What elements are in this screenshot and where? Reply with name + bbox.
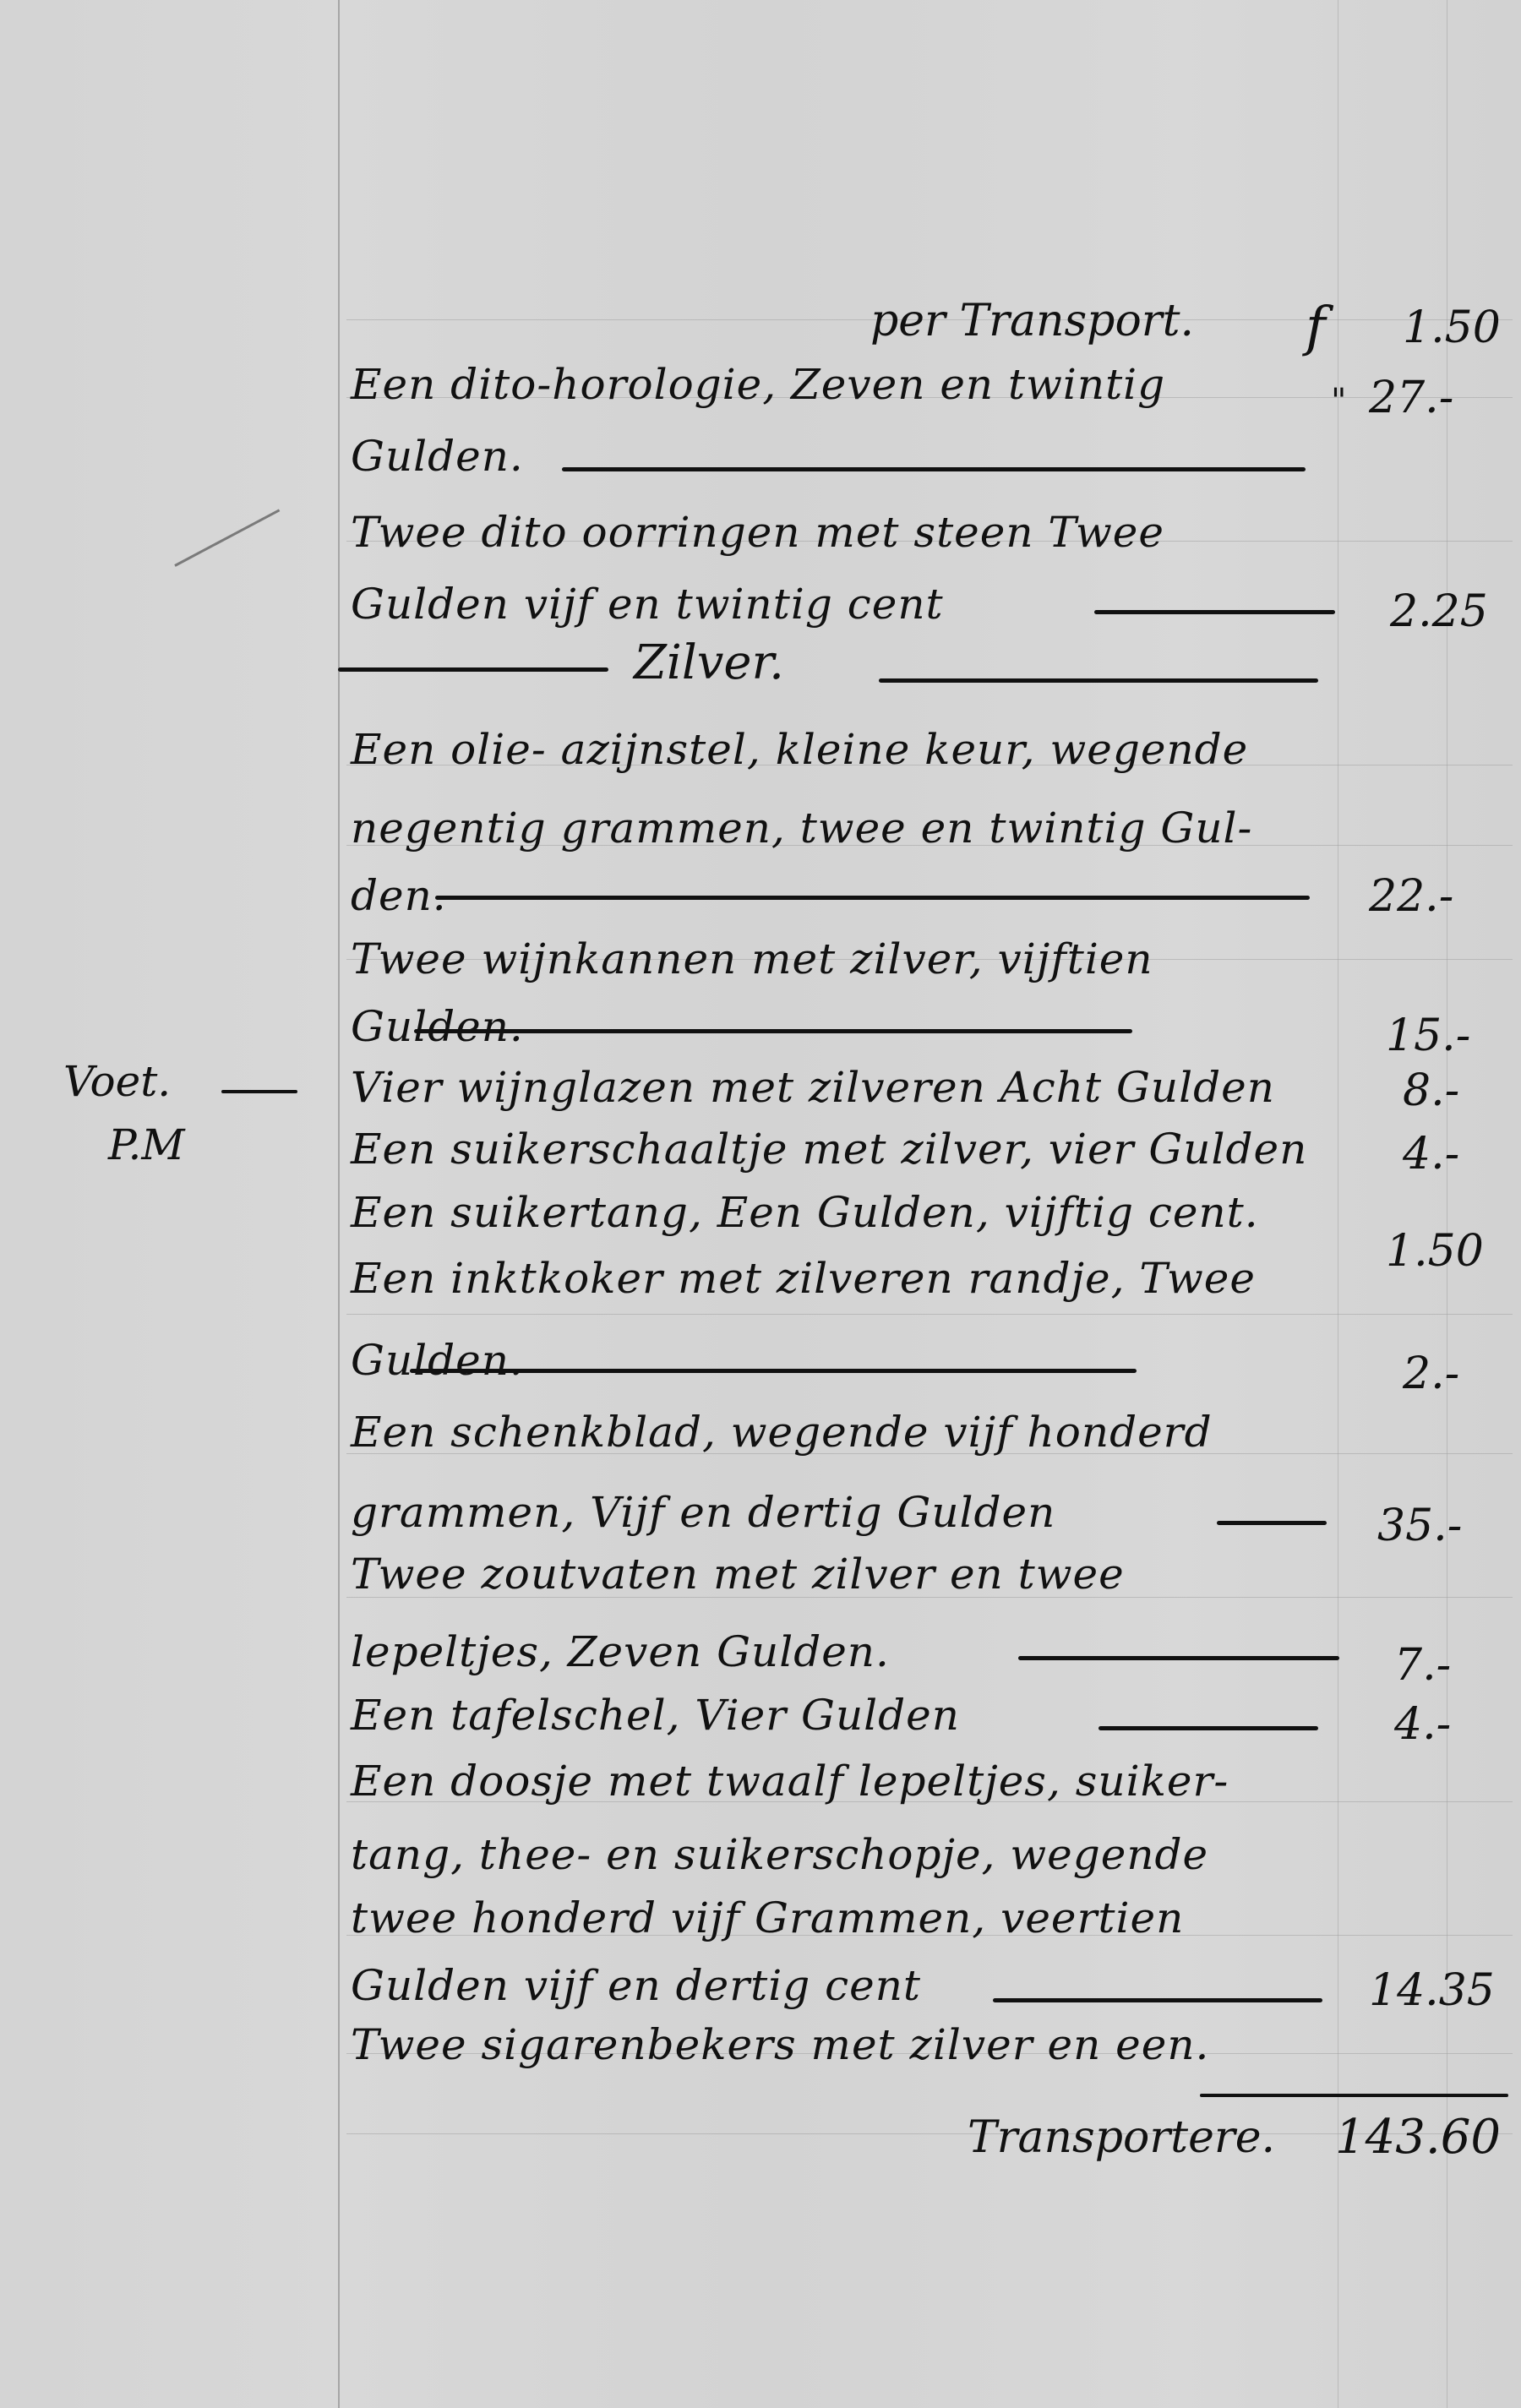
entry-amount: 22.- <box>1369 874 1453 918</box>
entry-line: Gulden. <box>351 1339 524 1381</box>
entry-amount: 4.- <box>1394 1702 1451 1746</box>
entry-amount: 15.- <box>1386 1014 1470 1058</box>
ditto-mark: " <box>1331 384 1346 418</box>
fill-line <box>435 896 1310 900</box>
entry-line: Een dito-horologie, Zeven en twintig <box>351 363 1165 406</box>
entry-line: grammen, Vijf en dertig Gulden <box>351 1491 1055 1534</box>
entry-line: Een olie- azijnstel, kleine keur, wegend… <box>351 728 1248 771</box>
pencil-mark <box>174 509 280 566</box>
entry-line: twee honderd vijf Grammen, veertien <box>351 1897 1184 1939</box>
entry-line: Twee dito oorringen met steen Twee <box>351 511 1164 553</box>
entry-line: Een schenkblad, wegende vijf honderd <box>351 1411 1213 1453</box>
entry-amount: 2.25 <box>1390 590 1488 634</box>
margin-note-pm: P.M <box>108 1124 185 1166</box>
entry-amount: 4.- <box>1403 1132 1459 1176</box>
cents-column-rule <box>1447 0 1447 2408</box>
entry-amount: 35.- <box>1377 1504 1462 1548</box>
margin-note-voet: Voet. <box>63 1060 171 1103</box>
entry-line: den. <box>351 874 447 917</box>
entry-line: Een doosje met twaalf lepeltjes, suiker- <box>351 1760 1229 1802</box>
section-heading-zilver: Zilver. <box>634 635 784 690</box>
fill-line <box>414 1029 1132 1033</box>
total-rule <box>1200 2094 1508 2097</box>
currency-symbol: f <box>1306 300 1326 354</box>
fill-line <box>1098 1726 1318 1730</box>
entry-amount: 8.- <box>1403 1069 1459 1113</box>
amount-column-rule <box>1338 0 1338 2408</box>
section-rule-right <box>879 678 1318 683</box>
entry-line: Gulden. <box>351 1005 524 1048</box>
entry-line: Twee zoutvaten met zilver en twee <box>351 1553 1125 1595</box>
ledger-page: per Transport. f 1.50 Een dito-horologie… <box>0 0 1521 2408</box>
entry-line: Een suikertang, Een Gulden, vijftig cent… <box>351 1191 1259 1234</box>
entry-line: Twee wijnkannen met zilver, vijftien <box>351 938 1153 980</box>
entry-line: Twee sigarenbekers met zilver en een. <box>351 2024 1209 2066</box>
carry-forward-amount: 143.60 <box>1335 2114 1501 2161</box>
entry-amount: 2.- <box>1403 1352 1459 1396</box>
ruled-line <box>346 1314 1513 1315</box>
margin-note-dash <box>221 1090 297 1093</box>
entry-line: Gulden. <box>351 435 524 477</box>
entry-line: Een tafelschel, Vier Gulden <box>351 1694 960 1736</box>
entry-amount: 27.- <box>1369 376 1453 420</box>
entry-line: Een suikerschaaltje met zilver, vier Gul… <box>351 1128 1307 1170</box>
entry-line: Een inktkoker met zilveren randje, Twee <box>351 1257 1256 1299</box>
fill-line <box>562 467 1306 471</box>
entry-amount: 7.- <box>1394 1643 1451 1687</box>
entry-line: Gulden vijf en twintig cent <box>351 583 944 625</box>
carry-forward-label: Transportere. <box>968 2112 1275 2163</box>
fill-line <box>410 1369 1137 1373</box>
carried-forward-label: per Transport. <box>870 296 1194 346</box>
entry-line: Vier wijnglazen met zilveren Acht Gulden <box>351 1066 1275 1109</box>
fill-line <box>1094 610 1335 614</box>
fill-line <box>993 1998 1322 2002</box>
section-rule-left <box>338 667 608 672</box>
left-margin-rule <box>338 0 340 2408</box>
entry-line: tang, thee- en suikerschopje, wegende <box>351 1833 1208 1876</box>
entry-amount: 14.35 <box>1369 1969 1495 2013</box>
fill-line <box>1217 1521 1327 1525</box>
entry-amount: 1.50 <box>1386 1229 1484 1273</box>
fill-line <box>1018 1656 1339 1660</box>
entry-line: lepeltjes, Zeven Gulden. <box>351 1631 890 1673</box>
carried-forward-amount: 1.50 <box>1403 306 1501 350</box>
entry-line: Gulden vijf en dertig cent <box>351 1964 921 2007</box>
entry-line: negentig grammen, twee en twintig Gul- <box>351 807 1252 849</box>
